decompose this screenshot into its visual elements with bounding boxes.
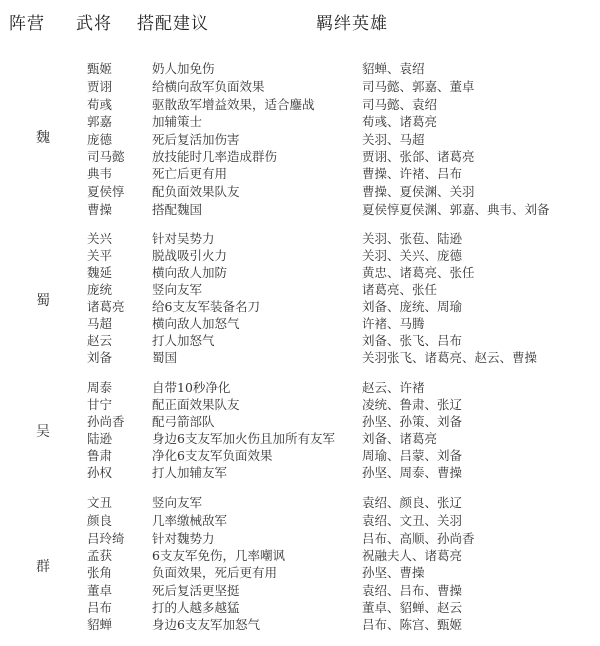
general-name: 貂蝉	[87, 616, 112, 633]
table-row: 魏延横向敌人加防黄忠、诸葛亮、张任	[0, 264, 600, 281]
suggestion: 竖向友军	[152, 494, 202, 511]
general-name: 孙尚香	[87, 413, 125, 430]
bond-heroes: 袁绍、文丑、关羽	[362, 512, 462, 529]
bond-heroes: 袁绍、颜良、张辽	[362, 494, 462, 511]
bond-heroes: 祝融夫人、诸葛亮	[362, 547, 462, 564]
bond-heroes: 刘备、诸葛亮	[362, 430, 437, 447]
suggestion: 净化6支友军负面效果	[152, 447, 272, 464]
table-row: 周泰自带10秒净化赵云、许褚	[0, 379, 600, 396]
suggestion: 放技能时几率造成群伤	[152, 148, 277, 165]
table-row: 司马懿放技能时几率造成群伤贾诩、张郃、诸葛亮	[0, 148, 600, 165]
suggestion: 针对魏势力	[152, 530, 215, 547]
bond-heroes: 孙坚、孙策、刘备	[362, 413, 462, 430]
table-row: 孟获6支友军免伤，几率嘲讽祝融夫人、诸葛亮	[0, 547, 600, 564]
table-row: 赵云打人加怒气刘备、张飞、吕布	[0, 332, 600, 349]
suggestion: 打的人越多越猛	[152, 599, 240, 616]
table-row: 荀彧驱散敌军增益效果，适合鏖战司马懿、袁绍	[0, 96, 600, 113]
general-name: 郭嘉	[87, 113, 112, 130]
general-name: 庞统	[87, 281, 112, 298]
general-name: 魏延	[87, 264, 112, 281]
bond-heroes: 贾诩、张郃、诸葛亮	[362, 148, 475, 165]
general-name: 赵云	[87, 332, 112, 349]
general-name: 关平	[87, 247, 112, 264]
general-name: 贾诩	[87, 78, 112, 95]
bond-heroes: 吕布、高顺、孙尚香	[362, 530, 475, 547]
suggestion: 加辅策士	[152, 113, 202, 130]
bond-heroes: 周瑜、吕蒙、刘备	[362, 447, 462, 464]
table-row: 吕布打的人越多越猛董卓、貂蝉、赵云	[0, 599, 600, 616]
table-row: 贾诩给横向敌军负面效果司马懿、郭嘉、董卓	[0, 78, 600, 95]
table-row: 甄姬奶人加免伤貂蝉、袁绍	[0, 60, 600, 77]
suggestion: 配正面效果队友	[152, 396, 240, 413]
suggestion: 负面效果，死后更有用	[152, 564, 277, 581]
suggestion: 身边6支友军加怒气	[152, 616, 260, 633]
general-name: 甘宁	[87, 396, 112, 413]
suggestion: 几率缴械敌军	[152, 512, 227, 529]
header-faction: 阵营	[9, 9, 45, 34]
general-name: 关兴	[87, 230, 112, 247]
general-name: 荀彧	[87, 96, 112, 113]
suggestion: 给6支友军装备名刀	[152, 298, 260, 315]
header-bond-heroes: 羁绊英雄	[316, 9, 388, 34]
bond-heroes: 赵云、许褚	[362, 379, 425, 396]
bond-heroes: 曹操、夏侯渊、关羽	[362, 183, 475, 200]
bond-heroes: 关羽张飞、诸葛亮、赵云、曹操	[362, 349, 537, 366]
bond-heroes: 夏侯惇夏侯渊、郭嘉、典韦、刘备	[362, 201, 550, 218]
general-name: 陆逊	[87, 430, 112, 447]
table-row: 陆逊身边6支友军加火伤且加所有友军刘备、诸葛亮	[0, 430, 600, 447]
table-row: 孙权打人加辅友军孙坚、周泰、曹操	[0, 464, 600, 481]
general-name: 鲁肃	[87, 447, 112, 464]
bond-heroes: 曹操、许褚、吕布	[362, 165, 462, 182]
bond-heroes: 许褚、马腾	[362, 315, 425, 332]
table-row: 吕玲绮针对魏势力吕布、高顺、孙尚香	[0, 530, 600, 547]
general-name: 甄姬	[87, 60, 112, 77]
suggestion: 自带10秒净化	[152, 379, 230, 396]
bond-heroes: 关羽、关兴、庞德	[362, 247, 462, 264]
general-name: 吕玲绮	[87, 530, 125, 547]
bond-heroes: 孙坚、曹操	[362, 564, 425, 581]
table-row: 诸葛亮给6支友军装备名刀刘备、庞统、周瑜	[0, 298, 600, 315]
bond-heroes: 袁绍、吕布、曹操	[362, 582, 462, 599]
table-row: 貂蝉身边6支友军加怒气吕布、陈宫、甄姬	[0, 616, 600, 633]
general-name: 张角	[87, 564, 112, 581]
table-row: 孙尚香配弓箭部队孙坚、孙策、刘备	[0, 413, 600, 430]
general-name: 典韦	[87, 165, 112, 182]
bond-heroes: 荀彧、诸葛亮	[362, 113, 437, 130]
suggestion: 给横向敌军负面效果	[152, 78, 265, 95]
bond-heroes: 司马懿、郭嘉、董卓	[362, 78, 475, 95]
suggestion: 竖向友军	[152, 281, 202, 298]
general-name: 颜良	[87, 512, 112, 529]
suggestion: 打人加辅友军	[152, 464, 227, 481]
suggestion: 死后复活加伤害	[152, 131, 240, 148]
general-name: 孟获	[87, 547, 112, 564]
bond-heroes: 关羽、马超	[362, 131, 425, 148]
table-row: 庞统竖向友军诸葛亮、张任	[0, 281, 600, 298]
general-name: 夏侯惇	[87, 183, 125, 200]
general-name: 诸葛亮	[87, 298, 125, 315]
bond-heroes: 刘备、张飞、吕布	[362, 332, 462, 349]
table-row: 典韦死亡后更有用曹操、许褚、吕布	[0, 165, 600, 182]
table-row: 曹操搭配魏国夏侯惇夏侯渊、郭嘉、典韦、刘备	[0, 201, 600, 218]
suggestion: 打人加怒气	[152, 332, 215, 349]
table-row: 马超横向敌人加怒气许褚、马腾	[0, 315, 600, 332]
bond-heroes: 刘备、庞统、周瑜	[362, 298, 462, 315]
suggestion: 针对吴势力	[152, 230, 215, 247]
general-name: 曹操	[87, 201, 112, 218]
table-row: 刘备蜀国关羽张飞、诸葛亮、赵云、曹操	[0, 349, 600, 366]
suggestion: 脱战吸引火力	[152, 247, 227, 264]
suggestion: 横向敌人加防	[152, 264, 227, 281]
table-row: 鲁肃净化6支友军负面效果周瑜、吕蒙、刘备	[0, 447, 600, 464]
table-header: 阵营 武将 搭配建议 羁绊英雄	[0, 9, 600, 33]
suggestion: 蜀国	[152, 349, 177, 366]
bond-heroes: 董卓、貂蝉、赵云	[362, 599, 462, 616]
general-name: 庞德	[87, 131, 112, 148]
bond-heroes: 黄忠、诸葛亮、张任	[362, 264, 475, 281]
suggestion: 身边6支友军加火伤且加所有友军	[152, 430, 335, 447]
bond-heroes: 貂蝉、袁绍	[362, 60, 425, 77]
general-name: 司马懿	[87, 148, 125, 165]
table-row: 甘宁配正面效果队友凌统、鲁肃、张辽	[0, 396, 600, 413]
bond-heroes: 司马懿、袁绍	[362, 96, 437, 113]
suggestion: 横向敌人加怒气	[152, 315, 240, 332]
bond-heroes: 凌统、鲁肃、张辽	[362, 396, 462, 413]
general-name: 孙权	[87, 464, 112, 481]
suggestion: 驱散敌军增益效果，适合鏖战	[152, 96, 315, 113]
general-name: 周泰	[87, 379, 112, 396]
table-row: 郭嘉加辅策士荀彧、诸葛亮	[0, 113, 600, 130]
general-name: 吕布	[87, 599, 112, 616]
table-row: 文丑竖向友军袁绍、颜良、张辽	[0, 494, 600, 511]
bond-heroes: 关羽、张苞、陆逊	[362, 230, 462, 247]
table-row: 夏侯惇配负面效果队友曹操、夏侯渊、关羽	[0, 183, 600, 200]
table-row: 关兴针对吴势力关羽、张苞、陆逊	[0, 230, 600, 247]
table-row: 颜良几率缴械敌军袁绍、文丑、关羽	[0, 512, 600, 529]
bond-heroes: 诸葛亮、张任	[362, 281, 437, 298]
header-suggestion: 搭配建议	[137, 9, 209, 34]
general-name: 刘备	[87, 349, 112, 366]
suggestion: 死后复活更坚挺	[152, 582, 240, 599]
general-name: 文丑	[87, 494, 112, 511]
general-name: 董卓	[87, 582, 112, 599]
suggestion: 死亡后更有用	[152, 165, 227, 182]
bond-heroes: 孙坚、周泰、曹操	[362, 464, 462, 481]
suggestion: 6支友军免伤，几率嘲讽	[152, 547, 285, 564]
suggestion: 奶人加免伤	[152, 60, 215, 77]
table-row: 董卓死后复活更坚挺袁绍、吕布、曹操	[0, 582, 600, 599]
bond-heroes: 吕布、陈宫、甄姬	[362, 616, 462, 633]
header-general: 武将	[76, 9, 112, 34]
suggestion: 配负面效果队友	[152, 183, 240, 200]
table-row: 庞德死后复活加伤害关羽、马超	[0, 131, 600, 148]
table-row: 关平脱战吸引火力关羽、关兴、庞德	[0, 247, 600, 264]
general-name: 马超	[87, 315, 112, 332]
suggestion: 配弓箭部队	[152, 413, 215, 430]
table-row: 张角负面效果，死后更有用孙坚、曹操	[0, 564, 600, 581]
suggestion: 搭配魏国	[152, 201, 202, 218]
